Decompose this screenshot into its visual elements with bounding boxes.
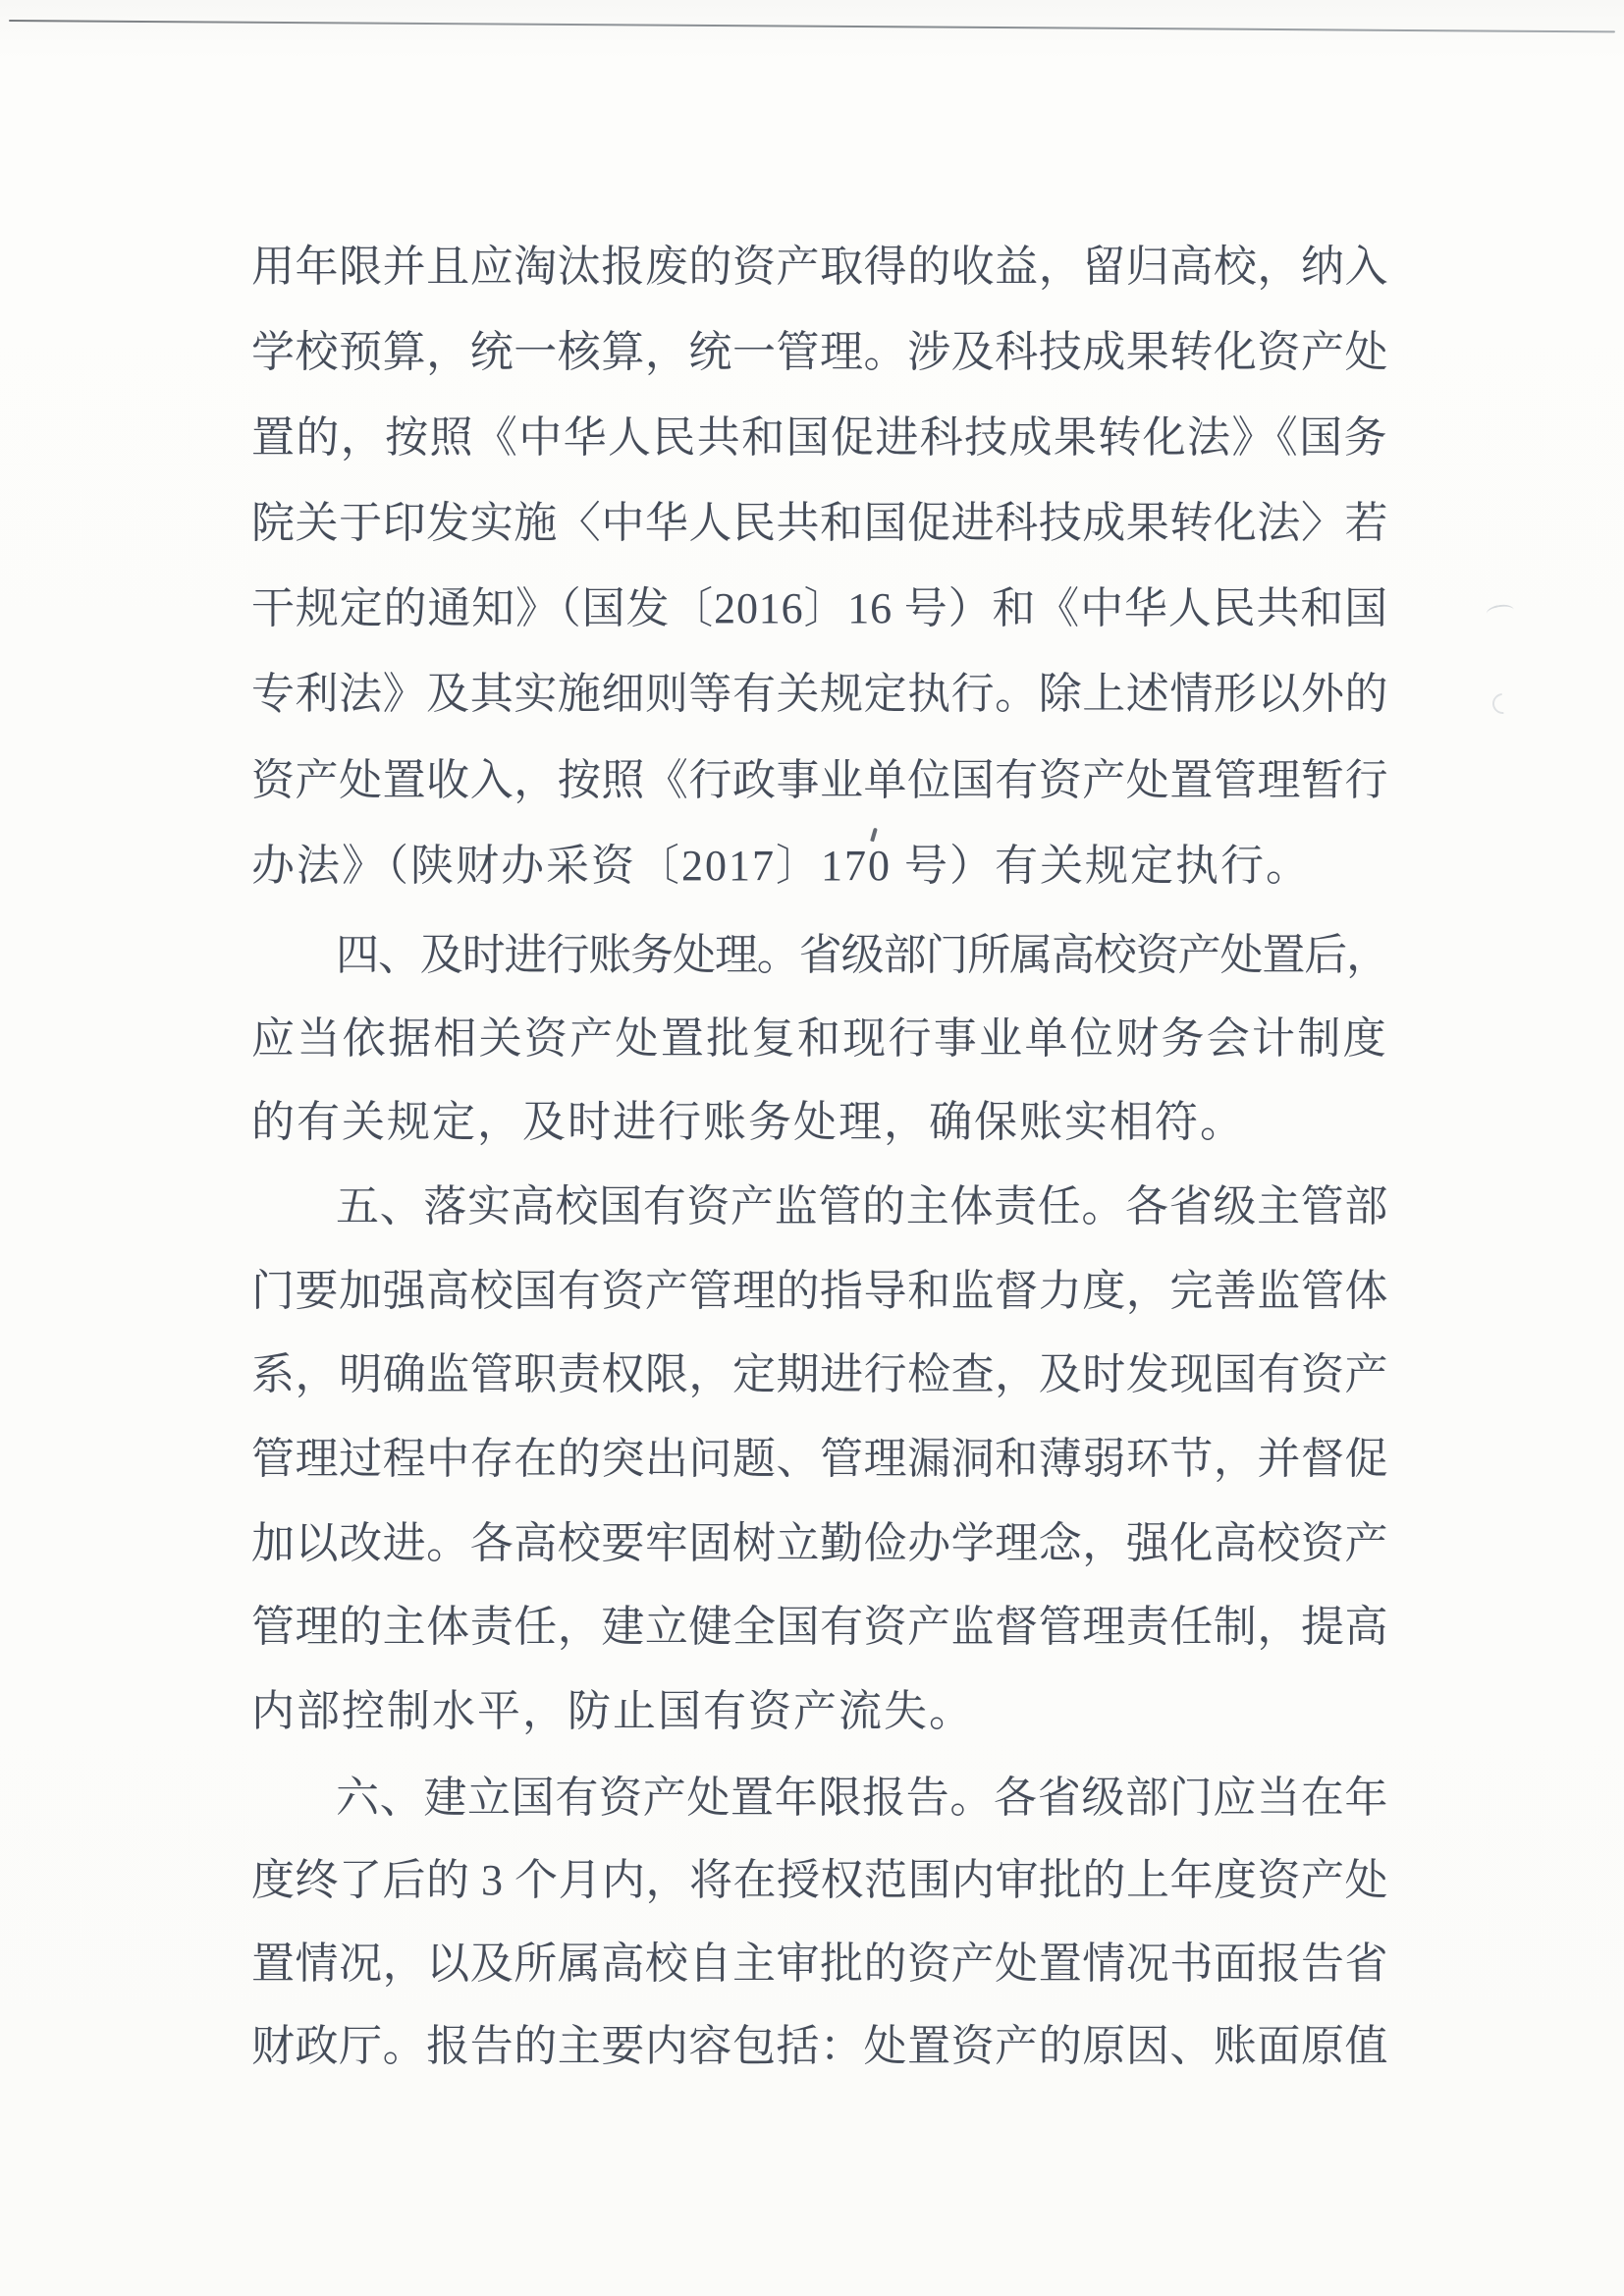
text-line: 四、及时进行账务处理。省级部门所属高校资产处置后， (251, 913, 1388, 997)
text-line: 门要加强高校国有资产管理的指导和监督力度，完善监管体 (251, 1249, 1388, 1334)
scan-smudge (1489, 689, 1518, 719)
paragraph-item-4: 四、及时进行账务处理。省级部门所属高校资产处置后，应当依据相关资产处置批复和现行… (251, 913, 1388, 1164)
text-line: 管理的主体责任，建立健全国有资产监督管理责任制，提高 (251, 1585, 1388, 1669)
text-line: 五、落实高校国有资产监管的主体责任。各省级主管部 (251, 1165, 1388, 1249)
text-line: 办法》（陕财办采资〔2017〕170 号）有关规定执行。 (251, 823, 1388, 908)
text-line: 置情况，以及所属高校自主审批的资产处置情况书面报告省 (251, 1923, 1388, 2005)
text-line: 系，明确监管职责权限，定期进行检查，及时发现国有资产 (251, 1333, 1388, 1417)
text-line: 六、建立国有资产处置年限报告。各省级部门应当在年 (251, 1757, 1388, 1839)
text-line: 内部控制水平，防止国有资产流失。 (251, 1669, 1388, 1754)
text-line: 加以改进。各高校要牢固树立勤俭办学理念，强化高校资产 (251, 1502, 1388, 1586)
paragraph-continued: 用年限并且应淘汰报废的资产取得的收益，留归高校，纳入学校预算，统一核算，统一管理… (251, 224, 1388, 908)
text-line: 干规定的通知》（国发〔2016〕16 号）和《中华人民共和国 (251, 566, 1388, 651)
scan-edge-line (9, 20, 1615, 32)
text-line: 资产处置收入，按照《行政事业单位国有资产处置管理暂行 (251, 738, 1388, 823)
scan-smudge (1486, 603, 1515, 621)
paragraph-item-6: 六、建立国有资产处置年限报告。各省级部门应当在年度终了后的 3 个月内，将在授权… (251, 1757, 1388, 2088)
paragraph-item-5: 五、落实高校国有资产监管的主体责任。各省级主管部门要加强高校国有资产管理的指导和… (251, 1165, 1388, 1754)
text-line: 院关于印发实施〈中华人民共和国促进科技成果转化法〉若 (251, 480, 1388, 566)
text-line: 应当依据相关资产处置批复和现行事业单位财务会计制度 (251, 997, 1388, 1080)
text-line: 学校预算，统一核算，统一管理。涉及科技成果转化资产处 (251, 309, 1388, 395)
text-line: 专利法》及其实施细则等有关规定执行。除上述情形以外的 (251, 651, 1388, 737)
text-line: 管理过程中存在的突出问题、管理漏洞和薄弱环节，并督促 (251, 1417, 1388, 1502)
text-line: 的有关规定，及时进行账务处理，确保账实相符。 (251, 1080, 1388, 1164)
document-page: 用年限并且应淘汰报废的资产取得的收益，留归高校，纳入学校预算，统一核算，统一管理… (0, 0, 1624, 2296)
text-line: 度终了后的 3 个月内，将在授权范围内审批的上年度资产处 (251, 1839, 1388, 1922)
text-line: 置的，按照《中华人民共和国促进科技成果转化法》《国务 (251, 395, 1388, 480)
text-line: 财政厅。报告的主要内容包括：处置资产的原因、账面原值 (251, 2005, 1388, 2088)
text-line: 用年限并且应淘汰报废的资产取得的收益，留归高校，纳入 (251, 224, 1388, 309)
